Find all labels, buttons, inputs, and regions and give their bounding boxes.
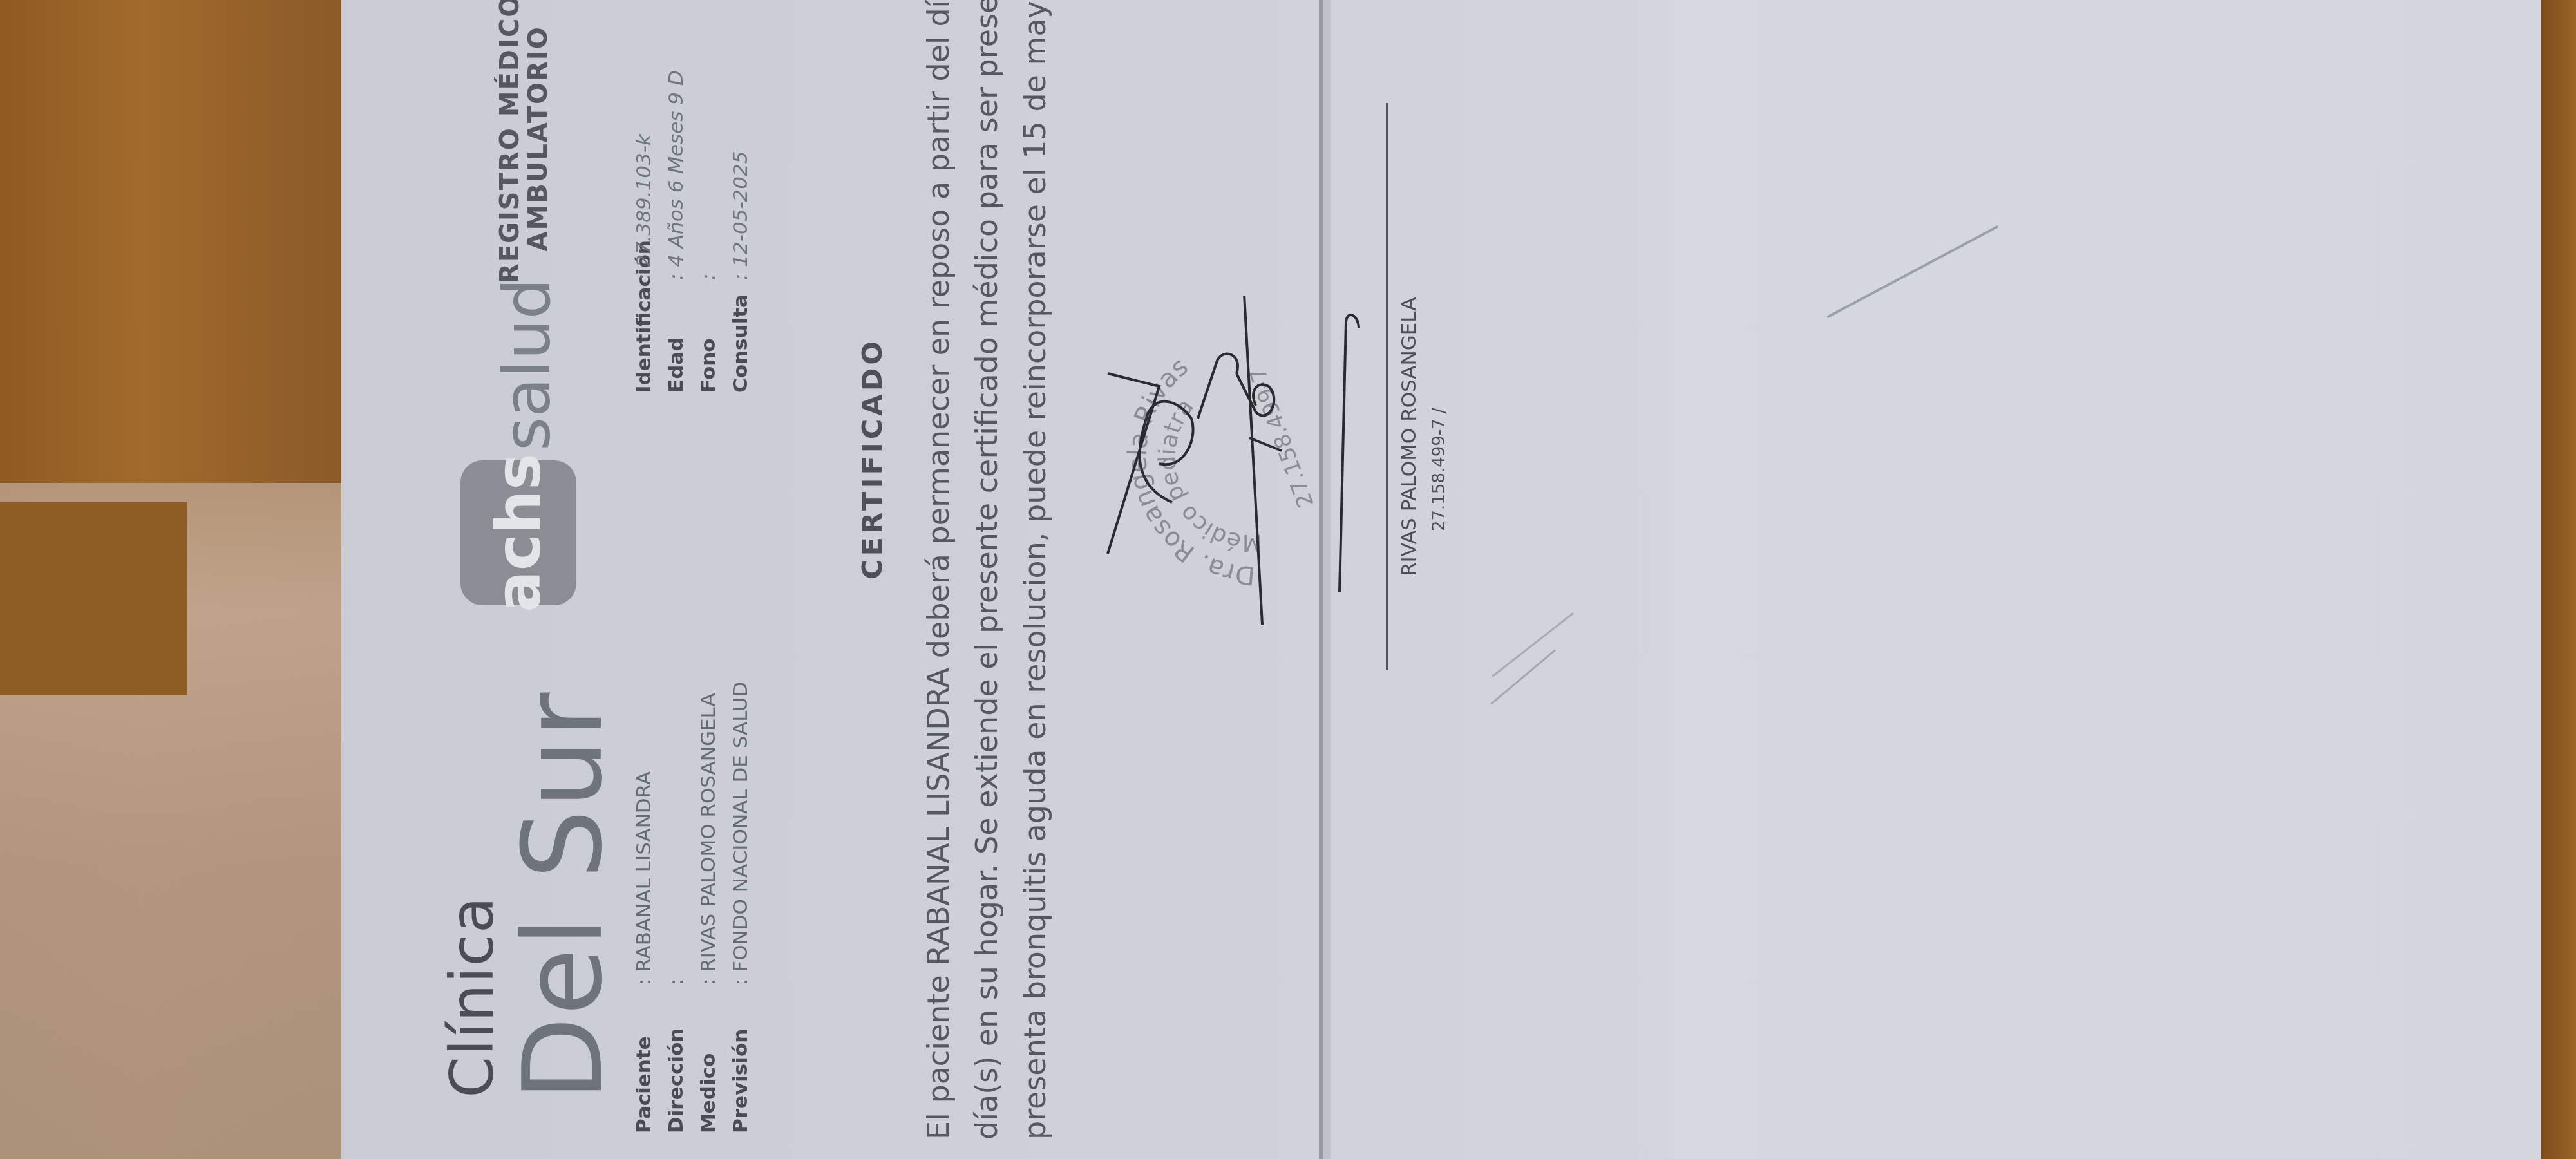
certificate-body: El paciente RABANAL LISANDRA deberá perm…	[914, 0, 1059, 1140]
signer-id: 27.158.499-7 /	[1430, 408, 1449, 531]
field-fono: Fono:	[692, 70, 724, 393]
body-line: presenta bronquitis aguda en resolucion,…	[1011, 0, 1059, 1140]
field-value: : 4 Años 6 Meses 9 D	[660, 70, 692, 280]
clinic-name-line2: Del Sur	[509, 692, 618, 1101]
field-medico: Medico: RIVAS PALOMO ROSANGELA	[692, 682, 724, 1133]
field-value: : 12-05-2025	[724, 151, 757, 280]
signer-name: RIVAS PALOMO ROSANGELA	[1397, 297, 1421, 576]
field-label: Previsión	[724, 985, 757, 1133]
wood-dark-patch	[0, 502, 187, 695]
field-label: Consulta	[724, 280, 757, 393]
field-value: : 27.389.103-k	[628, 134, 660, 280]
body-line: El paciente RABANAL LISANDRA deberá perm…	[914, 0, 963, 1140]
field-edad: Edad: 4 Años 6 Meses 9 D	[660, 70, 692, 393]
achs-logo-badge: achs	[460, 460, 576, 605]
field-label: Fono	[692, 280, 724, 393]
achs-logo-text: achs	[482, 453, 554, 612]
field-label: Dirección	[660, 985, 692, 1133]
record-fields: Identificación: 27.389.103-k Edad: 4 Año…	[628, 70, 757, 393]
field-label: Identificación	[628, 280, 660, 393]
field-label: Paciente	[628, 985, 660, 1133]
wooden-table-edge	[2541, 0, 2576, 1159]
field-value: : FONDO NACIONAL DE SALUD	[724, 682, 757, 985]
field-value: : RABANAL LISANDRA	[628, 771, 660, 985]
record-title: REGISTRO MÉDICO AMBULATORIO	[496, 0, 553, 283]
clinic-name-line1: Clínica	[438, 896, 507, 1098]
signature-line	[1386, 103, 1388, 670]
salud-logo-word: salud	[489, 278, 565, 451]
record-title-line2: AMBULATORIO	[524, 0, 553, 283]
field-value: :	[692, 274, 724, 280]
field-label: Edad	[660, 280, 692, 393]
body-line: día(s) en su hogar. Se extiende el prese…	[963, 0, 1011, 1140]
field-label: Medico	[692, 985, 724, 1133]
patient-fields: Paciente: RABANAL LISANDRA Dirección: Me…	[628, 682, 757, 1133]
field-prevision: Previsión: FONDO NACIONAL DE SALUD	[724, 682, 757, 1133]
handwritten-signature	[1088, 296, 1449, 631]
certificate-title: CERTIFICADO	[857, 338, 889, 579]
medical-certificate-document: Clínica Del Sur achs salud REGISTRO MÉDI…	[341, 0, 2541, 1159]
field-direccion: Dirección:	[660, 682, 692, 1133]
field-paciente: Paciente: RABANAL LISANDRA	[628, 682, 660, 1133]
field-consulta: Consulta: 12-05-2025	[724, 70, 757, 393]
field-value: : RIVAS PALOMO ROSANGELA	[692, 693, 724, 985]
record-title-line1: REGISTRO MÉDICO	[496, 0, 524, 283]
field-identificacion: Identificación: 27.389.103-k	[628, 70, 660, 393]
field-value: :	[660, 979, 692, 985]
